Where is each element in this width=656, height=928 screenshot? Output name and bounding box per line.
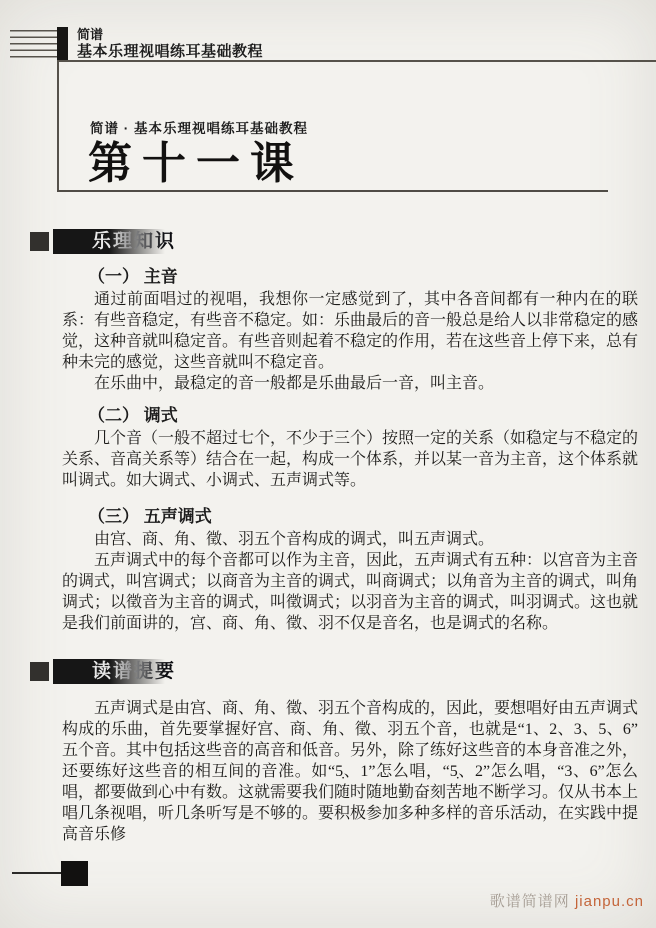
header-vertical-rule [57, 60, 59, 190]
watermark-site-name: 歌谱简谱网 [490, 893, 570, 910]
section-marker-square-icon [30, 232, 49, 251]
lesson-eyebrow: 简谱 · 基本乐理视唱练耳基础教程 [90, 117, 308, 137]
paragraph: 由宫、商、角、徵、羽五个音构成的调式，叫五声调式。 [62, 529, 638, 550]
section-header: 乐理知识 [30, 229, 638, 255]
lesson-title: 第十一课 [88, 142, 308, 186]
header-rule-lines [10, 30, 57, 58]
course-title: 基本乐理视唱练耳基础教程 [77, 43, 263, 60]
subsection-heading-mode: （二） 调式 [88, 406, 638, 426]
series-label: 简谱 [77, 27, 103, 42]
watermark-site-url: jianpu.cn [575, 893, 644, 910]
subsection-heading-tonic: （一） 主音 [88, 267, 638, 287]
lesson-title-block: 简谱 · 基本乐理视唱练耳基础教程 第十一课 [90, 117, 308, 186]
section-music-theory: 乐理知识 （一） 主音 通过前面唱过的视唱，我想你一定感觉到了，其中各音间都有一… [30, 229, 638, 634]
paragraph: 五声调式是由宫、商、角、徵、羽五个音构成的，因此，要想唱好由五声调式构成的乐曲，… [62, 698, 638, 845]
section-body: （一） 主音 通过前面唱过的视唱，我想你一定感觉到了，其中各音间都有一种内在的联… [62, 267, 638, 634]
paragraph: 五声调式中的每个音都可以作为主音，因此，五声调式有五种：以宫音为主音的调式，叫宫… [62, 550, 638, 634]
section-score-reading: 读谱提要 五声调式是由宫、商、角、徵、羽五个音构成的，因此，要想唱好由五声调式构… [30, 659, 638, 845]
watermark: 歌谱简谱网 jianpu.cn [490, 890, 644, 911]
paragraph: 在乐曲中，最稳定的音一般都是乐曲最后一音，叫主音。 [62, 373, 638, 394]
header-black-bar [57, 27, 68, 61]
book-page: 简谱 基本乐理视唱练耳基础教程 简谱 · 基本乐理视唱练耳基础教程 第十一课 乐… [0, 0, 656, 928]
section-header: 读谱提要 [30, 659, 638, 685]
section-title: 乐理知识 [92, 229, 176, 254]
subsection-heading-pentatonic: （三） 五声调式 [88, 507, 638, 527]
paragraph: 几个音（一般不超过七个，不少于三个）按照一定的关系（如稳定与不稳定的关系、音高关… [62, 428, 638, 491]
footer-tab-line [12, 872, 62, 874]
paragraph: 通过前面唱过的视唱，我想你一定感觉到了，其中各音间都有一种内在的联系：有些音稳定… [62, 289, 638, 373]
section-marker-square-icon [30, 662, 49, 681]
header-rule [57, 60, 656, 62]
footer-tab-icon [61, 861, 88, 886]
section-title: 读谱提要 [92, 659, 176, 684]
title-rule [57, 190, 608, 192]
